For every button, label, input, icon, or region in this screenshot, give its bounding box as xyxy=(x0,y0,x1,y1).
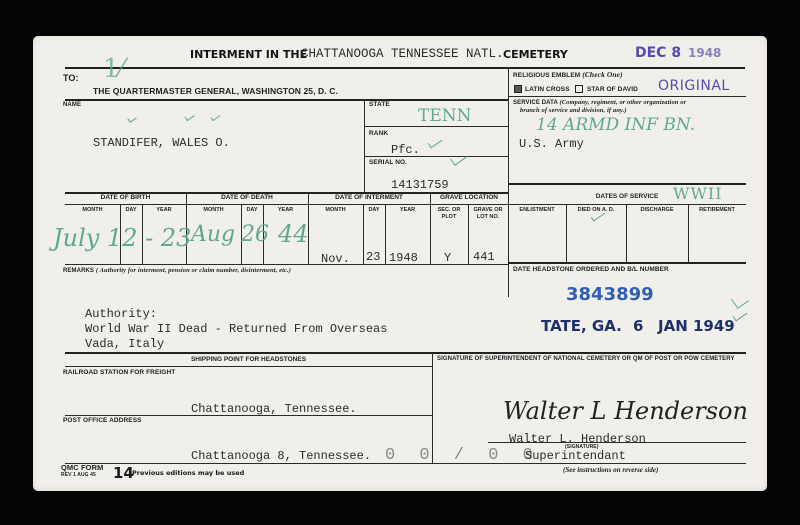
death-day: 26 xyxy=(241,222,269,247)
service-branch: U.S. Army xyxy=(519,137,584,151)
religious-emblem-label: RELIGIOUS EMBLEM (Check One) xyxy=(513,70,623,79)
grave-number: 441 xyxy=(473,250,495,264)
signer-title: Superintendant xyxy=(525,449,626,463)
to-label: TO: xyxy=(63,73,79,83)
divider xyxy=(508,96,746,97)
margin-pen-mark: 1⁄ xyxy=(103,54,124,84)
col-enlistment: ENLISTMENT xyxy=(508,207,566,214)
col-year: YEAR xyxy=(263,207,308,214)
date-of-interment-label: DATE OF INTERMENT xyxy=(308,194,430,201)
remarks-line-2: World War II Dead - Returned From Overse… xyxy=(85,322,387,336)
headstone-stamp-date: JAN 1949 xyxy=(658,317,735,335)
remarks-line-3: Vada, Italy xyxy=(85,337,164,351)
check-mark xyxy=(211,113,221,121)
divider xyxy=(65,99,508,101)
check-mark xyxy=(127,114,136,123)
form-title-prefix: INTERMENT IN THE xyxy=(190,48,307,61)
remarks-label: REMARKS ( Authority for interment, pensi… xyxy=(63,267,291,274)
signature-line xyxy=(488,442,746,443)
col-day: DAY xyxy=(241,207,263,214)
divider xyxy=(65,366,432,367)
divider xyxy=(364,99,365,192)
headstone-label: DATE HEADSTONE ORDERED AND B/L NUMBER xyxy=(513,266,669,273)
name-label: NAME xyxy=(63,101,81,108)
latin-cross-checkbox[interactable] xyxy=(514,85,522,93)
form-number-label: QMC FORM xyxy=(61,464,103,471)
interment-card: INTERMENT IN THE CHATTANOOGA TENNESSEE N… xyxy=(33,36,767,491)
check-mark xyxy=(731,291,749,309)
serial-label: SERIAL NO. xyxy=(369,159,407,166)
railroad-station-label: RAILROAD STATION FOR FREIGHT xyxy=(63,369,175,376)
divider xyxy=(65,204,508,205)
service-unit-handwritten: 14 ARMD INF BN. xyxy=(536,115,695,135)
col-year: YEAR xyxy=(385,207,430,214)
cemetery-name: CHATTANOOGA TENNESSEE NATL. xyxy=(301,47,504,61)
col-month: MONTH xyxy=(65,207,120,214)
headstone-stamp-place: TATE, GA. xyxy=(541,317,622,335)
check-mark xyxy=(733,309,748,322)
col-retirement: RETIREMENT xyxy=(688,207,746,214)
grave-location-label: GRAVE LOCATION xyxy=(430,194,508,201)
check-mark xyxy=(428,136,443,149)
deceased-name: STANDIFER, WALES O. xyxy=(93,136,230,150)
interment-day: 23 xyxy=(366,250,380,264)
divider xyxy=(430,192,431,264)
form-revision: REV 1 AUG 45 xyxy=(61,472,96,478)
star-of-david-label: STAR OF DAVID xyxy=(587,86,638,93)
bl-number-stamp: 3843899 xyxy=(566,284,654,305)
grave-section: Y xyxy=(444,251,451,265)
col-month: MONTH xyxy=(308,207,363,214)
divider xyxy=(364,126,508,127)
service-data-label: SERVICE DATA (Company, regiment, or othe… xyxy=(513,99,686,106)
divider xyxy=(65,463,746,464)
shipping-point-label: SHIPPING POINT FOR HEADSTONES xyxy=(65,356,432,363)
divider xyxy=(65,264,508,265)
remarks-line-1: Authority: xyxy=(85,307,157,321)
divider xyxy=(364,156,508,157)
previous-editions-note: Previous editions may be used xyxy=(132,469,244,477)
death-year: 44 xyxy=(278,220,309,248)
col-sec-plot: SEC. OR PLOT xyxy=(430,207,468,221)
railroad-station-value: Chattanooga, Tennessee. xyxy=(191,402,357,416)
date-received-stamp: DEC 8 xyxy=(635,45,681,61)
death-month: Aug xyxy=(191,222,235,247)
col-grave-lot: GRAVE OR LOT NO. xyxy=(468,207,508,221)
signature-handwritten: Walter L Henderson xyxy=(503,397,748,425)
service-data-hint: branch of service and division, if any.) xyxy=(520,107,627,114)
dates-of-service-handwritten: WWII xyxy=(673,184,723,203)
col-discharge: DISCHARGE xyxy=(626,207,688,214)
divider xyxy=(508,204,746,205)
interment-year: 1948 xyxy=(389,251,418,265)
col-day: DAY xyxy=(120,207,142,214)
post-office-label: POST OFFICE ADDRESS xyxy=(63,417,142,424)
col-day: DAY xyxy=(363,207,385,214)
check-mark xyxy=(450,150,468,166)
rank-value: Pfc. xyxy=(391,143,420,157)
date-of-birth-handwritten: July 12 - 23 xyxy=(53,224,191,252)
divider xyxy=(65,352,746,354)
col-year: YEAR xyxy=(142,207,186,214)
state-handwritten: TENN xyxy=(418,106,472,126)
divider xyxy=(65,415,432,416)
check-mark xyxy=(184,112,194,121)
original-stamp: ORIGINAL xyxy=(658,78,730,94)
headstone-stamp-day: 6 xyxy=(633,317,643,335)
date-of-birth-label: DATE OF BIRTH xyxy=(65,194,186,201)
date-of-death-label: DATE OF DEATH xyxy=(186,194,308,201)
divider xyxy=(508,262,746,264)
rank-label: RANK xyxy=(369,130,388,137)
serial-number: 14131759 xyxy=(391,178,449,192)
state-label: STATE xyxy=(369,101,390,108)
form-title-suffix: CEMETERY xyxy=(503,48,568,61)
star-of-david-checkbox[interactable] xyxy=(575,85,583,93)
divider xyxy=(65,67,745,69)
to-addressee: THE QUARTERMASTER GENERAL, WASHINGTON 25… xyxy=(93,86,338,96)
instructions-note: (See instructions on reverse side) xyxy=(563,466,658,474)
form-number: 14 xyxy=(113,464,134,482)
col-month: MONTH xyxy=(186,207,241,214)
latin-cross-label: LATIN CROSS xyxy=(525,86,570,93)
date-received-year: 1948 xyxy=(688,46,721,60)
post-office-value: Chattanooga 8, Tennessee. xyxy=(191,449,371,463)
signature-label-text: SIGNATURE OF SUPERINTENDENT OF NATIONAL … xyxy=(437,355,742,363)
